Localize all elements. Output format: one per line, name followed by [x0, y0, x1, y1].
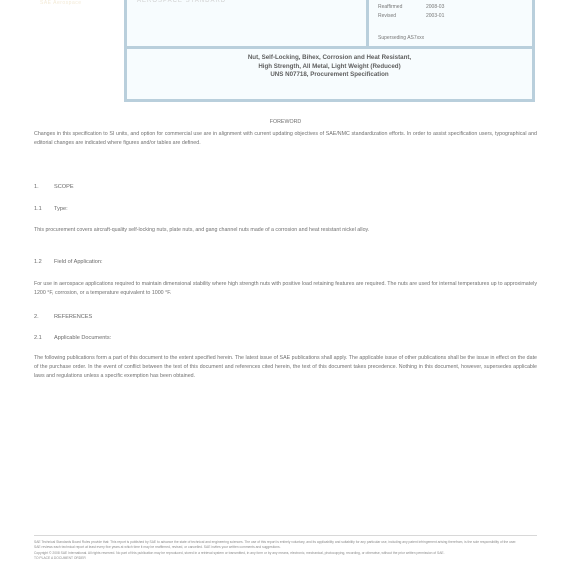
section-field-of-application: 1.2 Field of Application:: [34, 259, 103, 265]
meta-superseding: Superseding AS7xxx: [378, 35, 424, 41]
section-scope: 1. SCOPE: [34, 184, 74, 190]
section-type: 1.1 Type:: [34, 206, 68, 212]
section-applicable-documents: 2.1 Applicable Documents:: [34, 335, 111, 341]
meta-reaffirmed: Reaffirmed 2008-03: [378, 4, 444, 10]
foreword-heading: FOREWORD: [34, 118, 537, 127]
document-title: Nut, Self-Locking, Bihex, Corrosion and …: [127, 54, 532, 80]
meta-revised: Revised 2003-01: [378, 13, 444, 19]
paragraph-type: This procurement covers aircraft-quality…: [34, 226, 537, 235]
header-standard-cell: AEROSPACE STANDARD: [127, 0, 369, 46]
foreword-text: Changes in this specification to SI unit…: [34, 130, 537, 148]
footer-divider: [34, 535, 537, 536]
paragraph-field: For use in aerospace applications requir…: [34, 280, 537, 298]
faint-top-text: SAE Aerospace: [40, 0, 82, 6]
standard-label: AEROSPACE STANDARD: [137, 0, 226, 4]
header-box: AEROSPACE STANDARD Reaffirmed 2008-03 Re…: [124, 0, 535, 102]
header-top-row: AEROSPACE STANDARD Reaffirmed 2008-03 Re…: [127, 0, 532, 49]
footer: SAE Technical Standards Board Rules prov…: [34, 540, 537, 562]
section-references: 2. REFERENCES: [34, 314, 92, 320]
paragraph-applicable: The following publications form a part o…: [34, 354, 537, 380]
header-meta-cell: Reaffirmed 2008-03 Revised 2003-01 Super…: [372, 0, 532, 46]
